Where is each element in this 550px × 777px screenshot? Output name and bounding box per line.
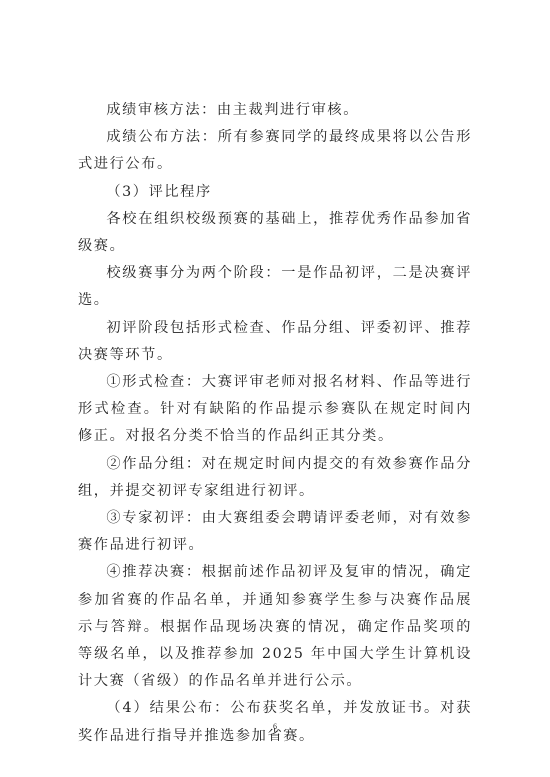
paragraph-publish-method: 成绩公布方法：所有参赛同学的最终成果将以公告形式进行公布。 — [78, 124, 472, 178]
paragraph-expert-review: ③专家初评：由大赛组委会聘请评委老师，对有效参赛作品进行初评。 — [78, 505, 472, 559]
section-heading-evaluation-procedure: （3）评比程序 — [78, 179, 472, 206]
paragraph-final-recommendation: ④推荐决赛：根据前述作品初评及复审的情况，确定参加省赛的作品名单，并通知参赛学生… — [78, 559, 472, 695]
document-page: 成绩审核方法：由主裁判进行审核。 成绩公布方法：所有参赛同学的最终成果将以公告形… — [0, 0, 550, 777]
page-number: 6 — [0, 722, 550, 731]
paragraph-initial-review-steps: 初评阶段包括形式检查、作品分组、评委初评、推荐决赛等环节。 — [78, 315, 472, 369]
paragraph-school-preliminary: 各校在组织校级预赛的基础上，推荐优秀作品参加省级赛。 — [78, 206, 472, 260]
paragraph-two-stages: 校级赛事分为两个阶段：一是作品初评，二是决赛评选。 — [78, 260, 472, 314]
document-body: 成绩审核方法：由主裁判进行审核。 成绩公布方法：所有参赛同学的最终成果将以公告形… — [78, 97, 472, 750]
paragraph-format-check: ①形式检查：大赛评审老师对报名材料、作品等进行形式检查。针对有缺陷的作品提示参赛… — [78, 369, 472, 451]
paragraph-review-method: 成绩审核方法：由主裁判进行审核。 — [78, 97, 472, 124]
paragraph-grouping: ②作品分组：对在规定时间内提交的有效参赛作品分组，并提交初评专家组进行初评。 — [78, 451, 472, 505]
